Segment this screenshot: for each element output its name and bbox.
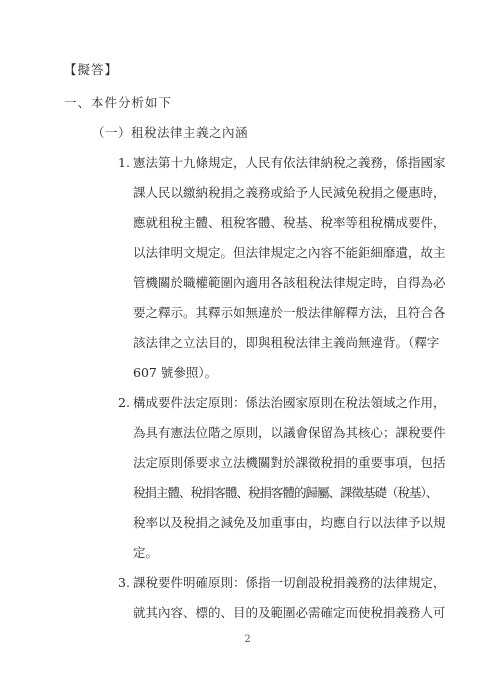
text-line: 課人民以繳納稅捐之義務或給予人民減免稅捐之優惠時， <box>133 178 455 208</box>
text-line: 就其內容、標的、目的及範圍必需確定而使稅捐義務人可 <box>133 598 455 628</box>
document-page: 【擬答】 一、本件分析如下 （一）租稅法律主義之內涵 1. 憲法第十九條規定，人… <box>0 0 495 700</box>
text-line: 應就租稅主體、租稅客體、稅基、稅率等租稅構成要件， <box>133 208 455 238</box>
list-item-text: 課稅要件明確原則：係指一切創設稅捐義務的法律規定， 就其內容、標的、目的及範圍必… <box>133 568 455 628</box>
page-number: 2 <box>0 634 495 645</box>
text-line: 607 號參照）。 <box>133 358 455 388</box>
list-item-number: 1. <box>118 148 133 388</box>
subsection-heading: （一）租稅法律主義之內涵 <box>92 118 455 148</box>
text-line: 憲法第十九條規定，人民有依法律納稅之義務，係指國家 <box>133 148 455 178</box>
list-item-2: 2. 構成要件法定原則：係法治國家原則在稅法領域之作用， 為具有憲法位階之原則，… <box>118 388 455 568</box>
page-content: 【擬答】 一、本件分析如下 （一）租稅法律主義之內涵 1. 憲法第十九條規定，人… <box>0 0 495 628</box>
list-item-3: 3. 課稅要件明確原則：係指一切創設稅捐義務的法律規定， 就其內容、標的、目的及… <box>118 568 455 628</box>
list-item-1: 1. 憲法第十九條規定，人民有依法律納稅之義務，係指國家 課人民以繳納稅捐之義務… <box>118 148 455 388</box>
list-item-number: 2. <box>118 388 133 568</box>
answer-header: 【擬答】 <box>64 55 455 85</box>
text-line: 定。 <box>133 538 455 568</box>
text-line: 課稅要件明確原則：係指一切創設稅捐義務的法律規定， <box>133 568 455 598</box>
list-item-text: 憲法第十九條規定，人民有依法律納稅之義務，係指國家 課人民以繳納稅捐之義務或給予… <box>133 148 455 388</box>
text-line: 稅率以及稅捐之減免及加重事由，均應自行以法律予以規 <box>133 508 455 538</box>
text-line: 構成要件法定原則：係法治國家原則在稅法領域之作用， <box>133 388 455 418</box>
text-line: 管機關於職權範圍內適用各該租稅法律規定時，自得為必 <box>133 268 455 298</box>
text-line: 要之釋示。其釋示如無違於一般法律解釋方法，且符合各 <box>133 298 455 328</box>
list-item-text: 構成要件法定原則：係法治國家原則在稅法領域之作用， 為具有憲法位階之原則，以議會… <box>133 388 455 568</box>
text-line: 該法律之立法目的，即與租稅法律主義尚無違背。（釋字 <box>133 328 455 358</box>
text-line: 法定原則係要求立法機關對於課徵稅捐的重要事項，包括 <box>133 448 455 478</box>
list-item-number: 3. <box>118 568 133 628</box>
text-line: 稅捐主體、稅捐客體、稅捐客體的歸屬、課徵基礎（稅基）、 <box>133 478 455 508</box>
text-line: 為具有憲法位階之原則，以議會保留為其核心；課稅要件 <box>133 418 455 448</box>
section-heading: 一、本件分析如下 <box>64 88 455 118</box>
text-line: 以法律明文規定。但法律規定之內容不能鉅細靡遺，故主 <box>133 238 455 268</box>
